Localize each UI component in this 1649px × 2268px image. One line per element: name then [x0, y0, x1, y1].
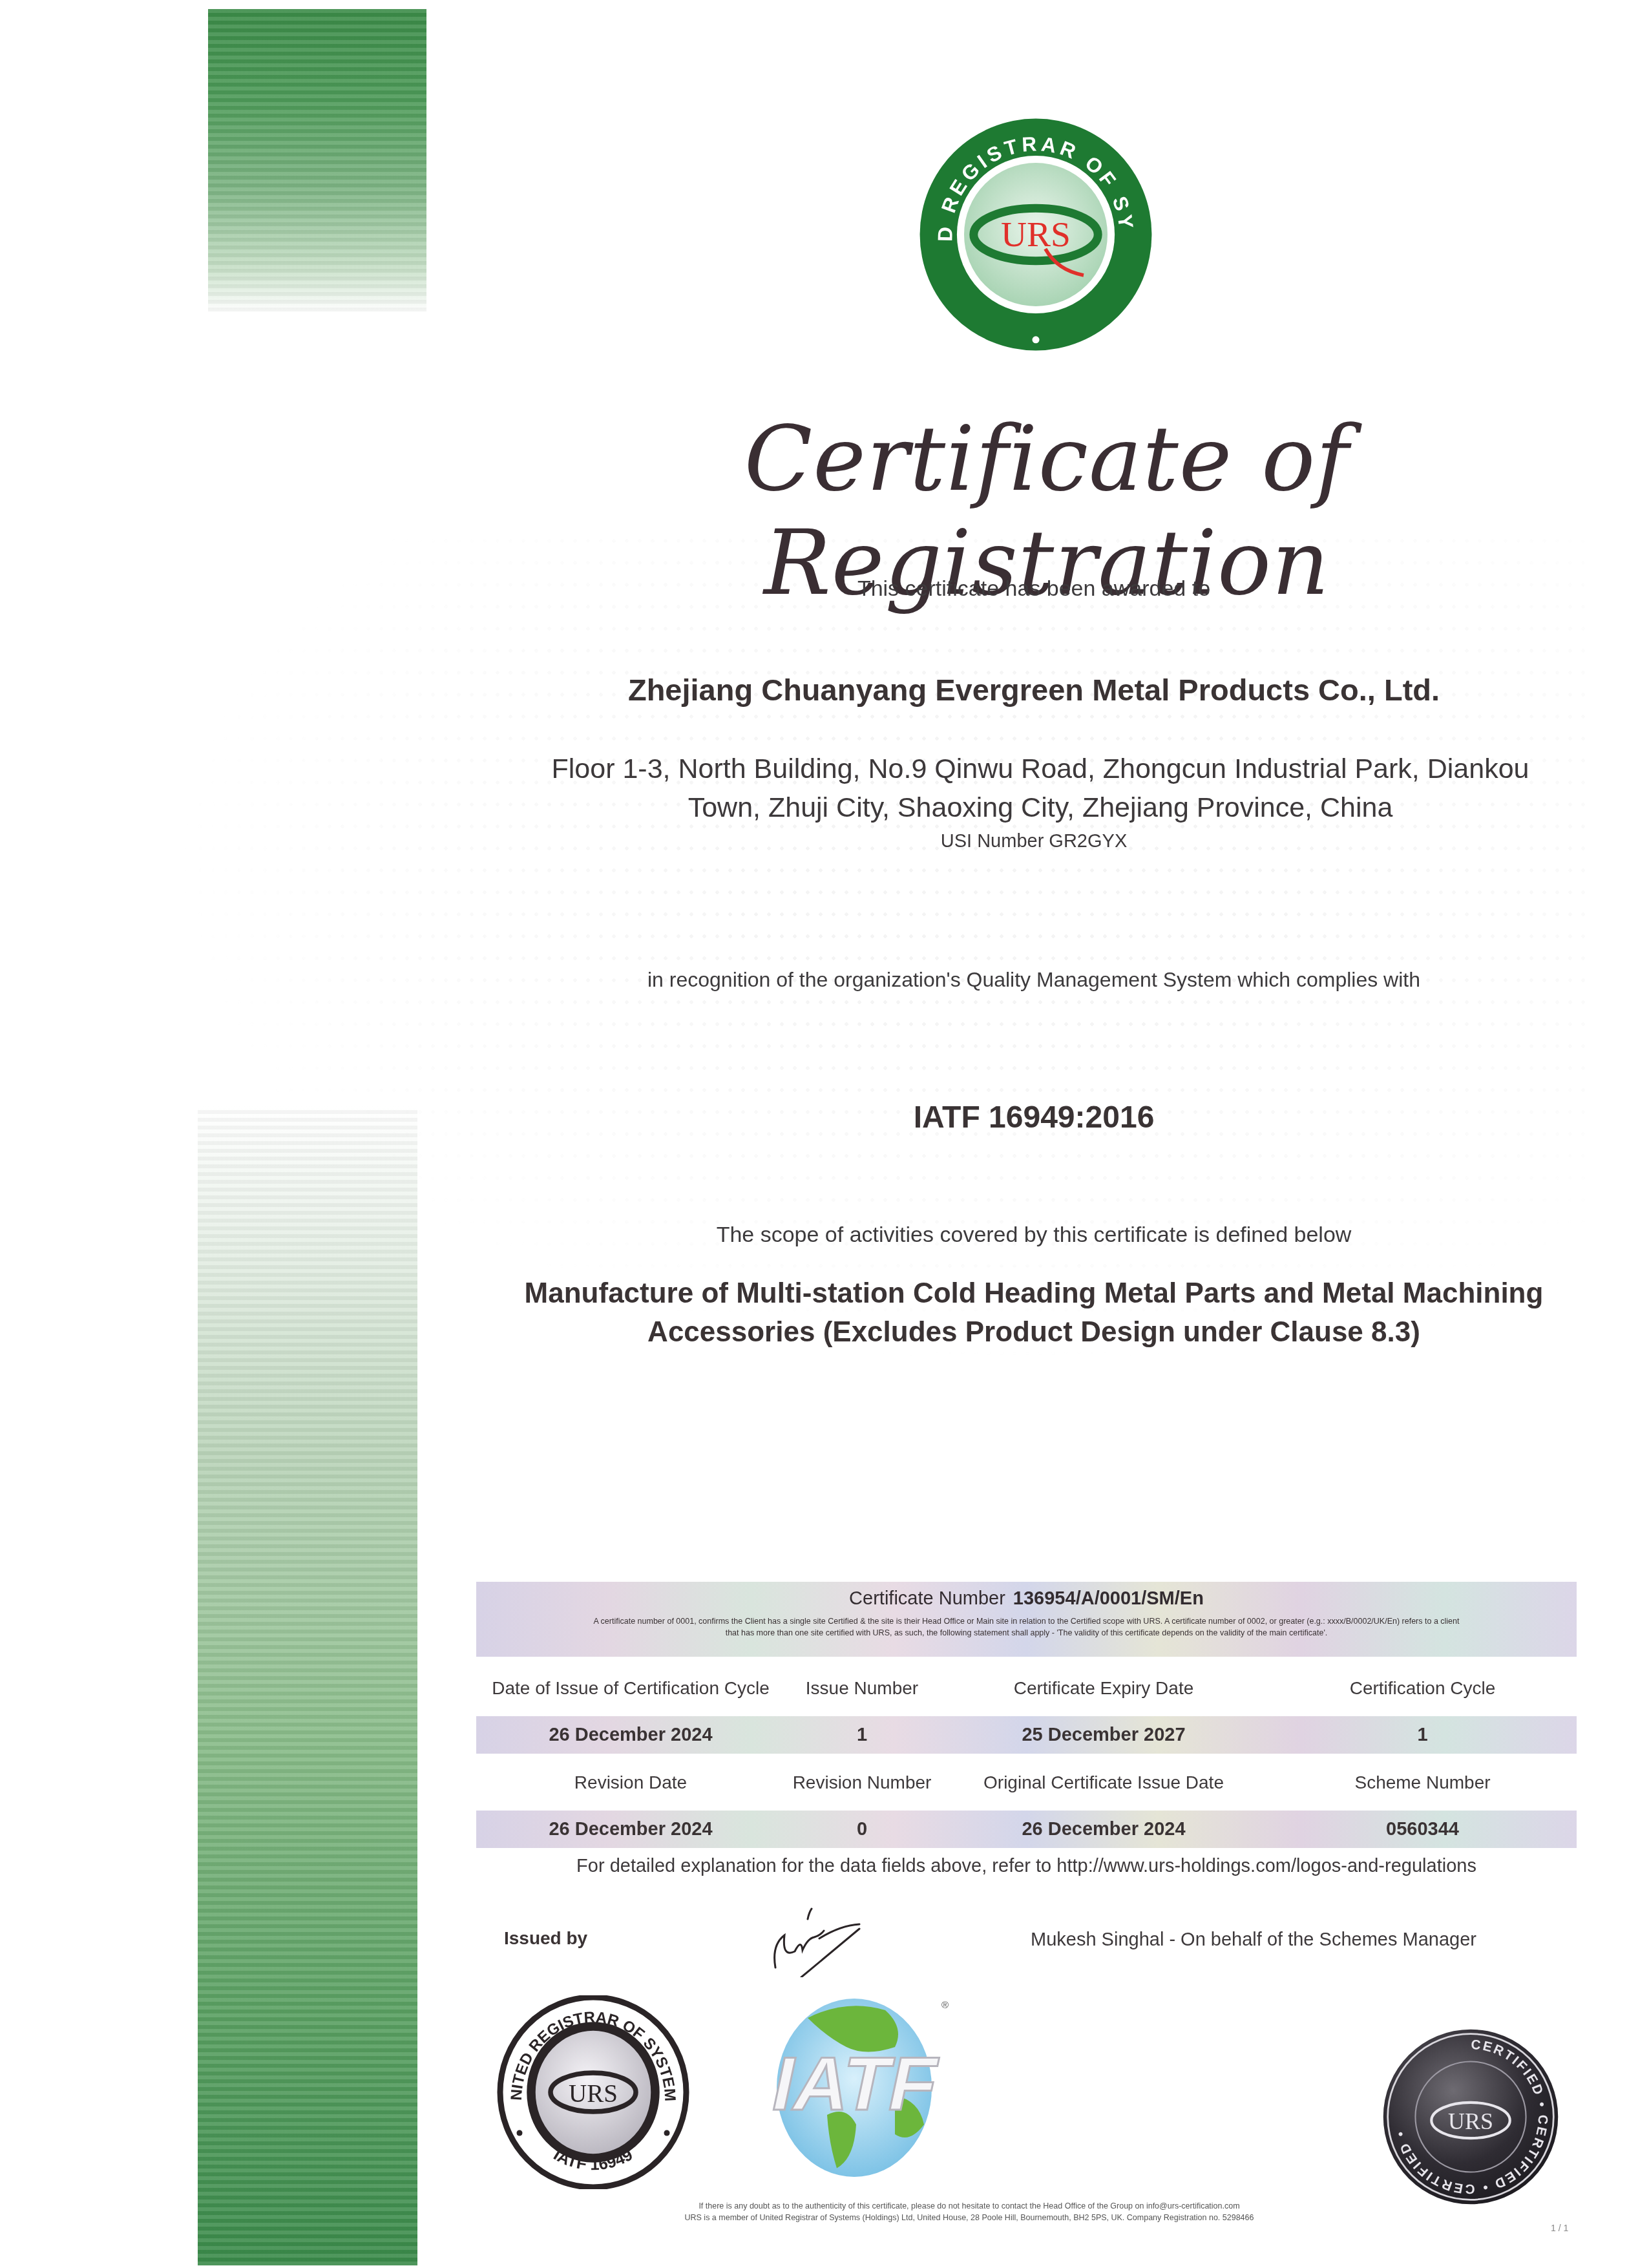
standard-name: IATF 16949:2016 [452, 1100, 1615, 1135]
scope-of-activities: Manufacture of Multi-station Cold Headin… [478, 1274, 1590, 1352]
scope-line-1: Manufacture of Multi-station Cold Headin… [478, 1274, 1590, 1313]
note-line-1: A certificate number of 0001, confirms t… [483, 1615, 1570, 1627]
value-issue-number: 1 [785, 1725, 939, 1746]
urs-logo-icon: UNITED REGISTRAR OF SYSTEMS URS [916, 115, 1155, 354]
value-revision-date: 26 December 2024 [476, 1819, 785, 1840]
value-date-of-issue: 26 December 2024 [476, 1725, 785, 1746]
footer-authenticity-note: If there is any doubt as to the authenti… [452, 2200, 1486, 2223]
awarded-to-intro: This certificate has been awarded to [452, 576, 1615, 602]
scope-line-2: Accessories (Excludes Product Design und… [478, 1313, 1590, 1352]
svg-text:IATF: IATF [765, 2042, 945, 2127]
header-scheme-number: Scheme Number [1268, 1769, 1577, 1796]
header-expiry-date: Certificate Expiry Date [939, 1675, 1268, 1701]
value-expiry-date: 25 December 2027 [939, 1725, 1268, 1746]
certificate-number-note: A certificate number of 0001, confirms t… [483, 1615, 1570, 1639]
certificate-number: Certificate Number136954/A/0001/SM/En [476, 1588, 1577, 1610]
certificate-number-label: Certificate Number [849, 1588, 1005, 1609]
scope-intro: The scope of activities covered by this … [452, 1223, 1615, 1248]
svg-text:URS: URS [1001, 216, 1071, 255]
header-date-of-issue: Date of Issue of Certification Cycle [476, 1675, 785, 1701]
svg-text:URS: URS [569, 2080, 618, 2108]
svg-text:®: ® [941, 2000, 949, 2011]
table-row: 26 December 2024 0 26 December 2024 0560… [476, 1811, 1577, 1848]
svg-text:URS: URS [1448, 2108, 1493, 2134]
usi-number: USI Number GR2GYX [452, 831, 1615, 852]
certified-seal-icon: CERTIFIED • CERTIFIED • CERTIFIED • URS [1381, 2028, 1560, 2206]
table-row: 26 December 2024 1 25 December 2027 1 [476, 1716, 1577, 1754]
value-original-issue-date: 26 December 2024 [939, 1819, 1268, 1840]
urs-iatf-badge-icon: UNITED REGISTRAR OF SYSTEMS IATF 16949 U… [496, 1995, 690, 2189]
signature-icon [762, 1900, 879, 1977]
issued-by-label: Issued by [504, 1928, 587, 1949]
iatf-globe-logo-icon: IATF ® [737, 1989, 956, 2183]
header-revision-date: Revision Date [476, 1769, 785, 1796]
value-revision-number: 0 [785, 1819, 939, 1840]
green-side-band-top [208, 9, 426, 313]
signer-name: Mukesh Singhal - On behalf of the Scheme… [1031, 1929, 1476, 1951]
note-line-2: that has more than one site certified wi… [483, 1627, 1570, 1639]
footer-line-1: If there is any doubt as to the authenti… [452, 2200, 1486, 2212]
footer-line-2: URS is a member of United Registrar of S… [452, 2212, 1486, 2223]
header-issue-number: Issue Number [785, 1675, 939, 1701]
data-fields-explanation: For detailed explanation for the data fi… [476, 1856, 1577, 1877]
header-certification-cycle: Certification Cycle [1268, 1675, 1577, 1701]
company-name: Zhejiang Chuanyang Evergreen Metal Produ… [452, 672, 1615, 708]
value-certification-cycle: 1 [1268, 1725, 1577, 1746]
certificate-number-value: 136954/A/0001/SM/En [1013, 1588, 1204, 1609]
table-header-row-1: Date of Issue of Certification Cycle Iss… [476, 1661, 1577, 1715]
table-header-row-2: Revision Date Revision Number Original C… [476, 1755, 1577, 1809]
value-scheme-number: 0560344 [1268, 1819, 1577, 1840]
page-number: 1 / 1 [1551, 2223, 1568, 2233]
company-address: Floor 1-3, North Building, No.9 Qinwu Ro… [491, 750, 1590, 827]
recognition-text: in recognition of the organization's Qua… [452, 968, 1615, 992]
header-revision-number: Revision Number [785, 1769, 939, 1796]
header-original-issue-date: Original Certificate Issue Date [939, 1769, 1268, 1796]
address-line-2: Town, Zhuji City, Shaoxing City, Zhejian… [491, 788, 1590, 827]
address-line-1: Floor 1-3, North Building, No.9 Qinwu Ro… [491, 750, 1590, 788]
